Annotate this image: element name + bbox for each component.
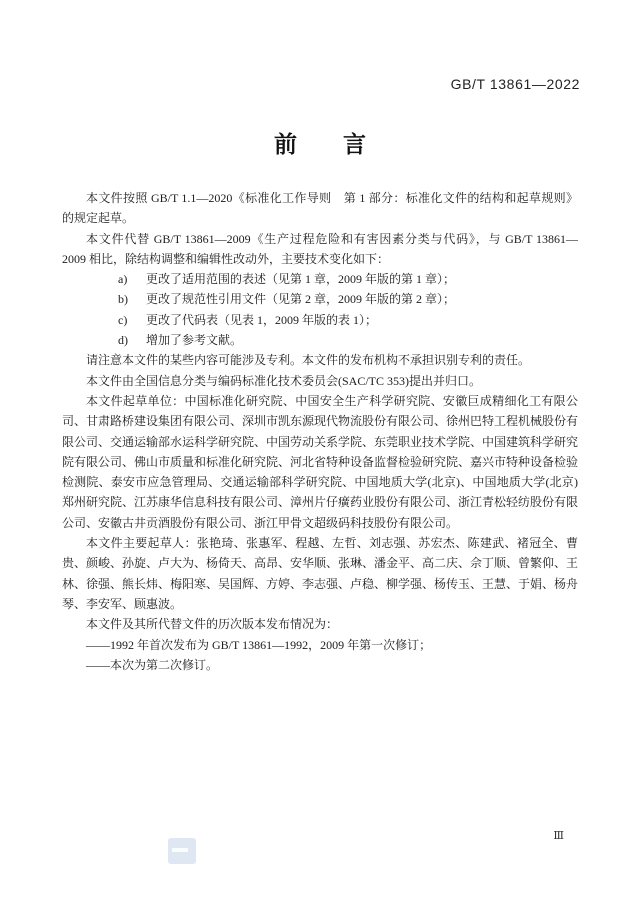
scan-watermark — [168, 838, 196, 864]
page-number: Ⅲ — [553, 829, 564, 842]
change-list-item: c)更改了代码表（见表 1，2009 年版的表 1）； — [62, 310, 578, 330]
list-item-text: 更改了适用范围的表述（见第 1 章，2009 年版的第 1 章）； — [146, 272, 455, 286]
list-item-label: c) — [118, 310, 146, 330]
paragraph-drafting-organizations: 本文件起草单位：中国标准化研究院、中国安全生产科学研究院、安徽巨成精细化工有限公… — [62, 391, 578, 533]
paragraph-version-history-intro: 本文件及其所代替文件的历次版本发布情况为： — [62, 614, 578, 634]
paragraph-replacement-note: 本文件代替 GB/T 13861—2009《生产过程危险和有害因素分类与代码》，… — [62, 229, 578, 270]
list-item-text: 更改了代码表（见表 1，2009 年版的表 1）； — [146, 313, 377, 327]
paragraph-patent-notice: 请注意本文件的某些内容可能涉及专利。本文件的发布机构不承担识别专利的责任。 — [62, 350, 578, 370]
change-list-item: b)更改了规范性引用文件（见第 2 章，2009 年版的第 2 章）； — [62, 289, 578, 309]
page-title: 前 言 — [0, 126, 640, 159]
list-item-text: 增加了参考文献。 — [146, 333, 242, 347]
version-history-item: ——本次为第二次修订。 — [62, 655, 578, 675]
standard-document-page: GB/T 13861—2022 前 言 本文件按照 GB/T 1.1—2020《… — [0, 0, 640, 905]
paragraph-drafting-basis: 本文件按照 GB/T 1.1—2020《标准化工作导则 第 1 部分：标准化文件… — [62, 188, 578, 229]
list-item-text: 更改了规范性引用文件（见第 2 章，2009 年版的第 2 章）； — [146, 292, 455, 306]
standard-code-header: GB/T 13861—2022 — [451, 76, 580, 92]
foreword-content: 本文件按照 GB/T 1.1—2020《标准化工作导则 第 1 部分：标准化文件… — [62, 188, 578, 675]
paragraph-committee: 本文件由全国信息分类与编码标准化技术委员会(SAC/TC 353)提出并归口。 — [62, 371, 578, 391]
version-history-item: ——1992 年首次发布为 GB/T 13861—1992，2009 年第一次修… — [62, 635, 578, 655]
list-item-label: a) — [118, 269, 146, 289]
paragraph-main-drafters: 本文件主要起草人：张艳琦、张惠军、程越、左哲、刘志强、苏宏杰、陈建武、褚冠全、曹… — [62, 533, 578, 614]
change-list-item: d)增加了参考文献。 — [62, 330, 578, 350]
change-list-item: a)更改了适用范围的表述（见第 1 章，2009 年版的第 1 章）； — [62, 269, 578, 289]
list-item-label: d) — [118, 330, 146, 350]
list-item-label: b) — [118, 289, 146, 309]
